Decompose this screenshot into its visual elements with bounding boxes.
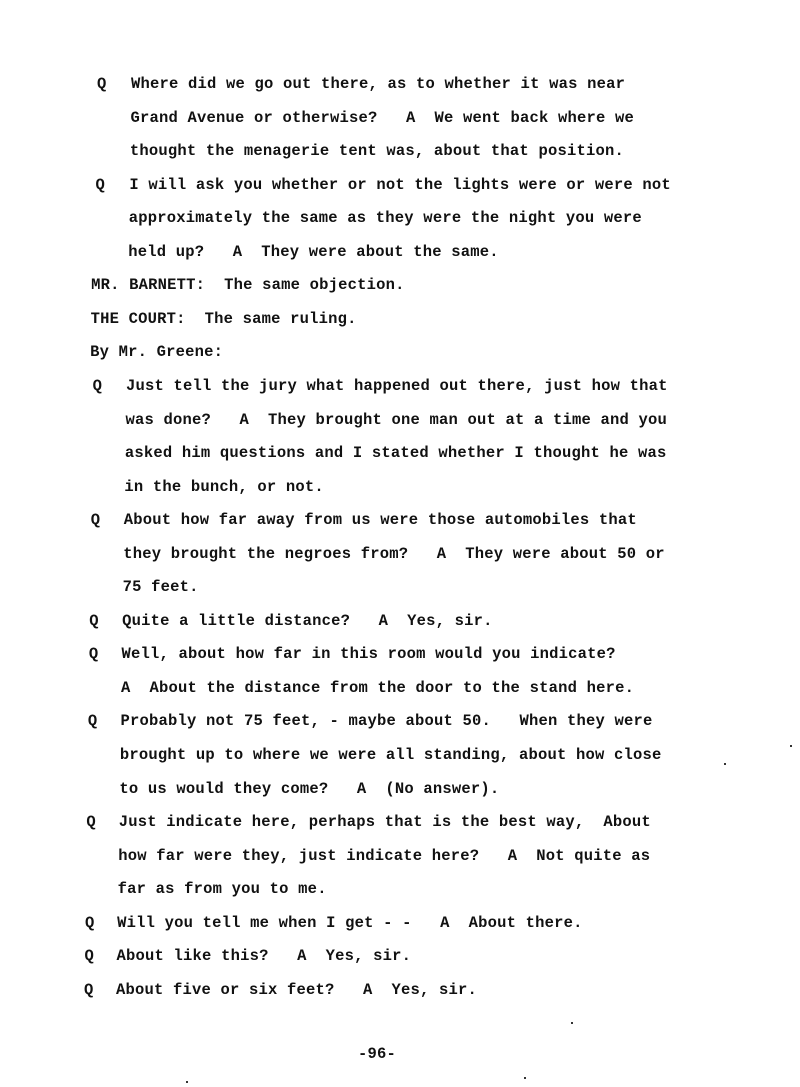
transcript-line: By Mr. Greene: [90, 342, 223, 362]
transcript-line: far as from you to me. [118, 879, 327, 899]
transcript-line: MR. BARNETT: The same objection. [91, 275, 405, 295]
transcript-line: Just tell the jury what happened out the… [126, 376, 668, 396]
transcript-line: Grand Avenue or otherwise? A We went bac… [130, 108, 634, 128]
transcript-line: THE COURT: The same ruling. [91, 309, 357, 329]
question-marker: Q [89, 644, 99, 664]
scan-speck [524, 1077, 526, 1079]
transcript-line: Just indicate here, perhaps that is the … [119, 812, 651, 832]
question-marker: Q [89, 611, 99, 631]
transcript-page: QWhere did we go out there, as to whethe… [0, 0, 800, 1087]
question-marker: Q [86, 812, 96, 832]
transcript-line: Quite a little distance? A Yes, sir. [122, 611, 493, 631]
scan-speck [790, 745, 792, 747]
transcript-line: was done? A They brought one man out at … [125, 410, 667, 430]
transcript-line: held up? A They were about the same. [128, 242, 499, 262]
transcript-line: About like this? A Yes, sir. [117, 946, 412, 966]
transcript-line: in the bunch, or not. [124, 477, 324, 497]
transcript-line: approximately the same as they were the … [129, 208, 642, 228]
transcript-line: 75 feet. [123, 577, 199, 597]
transcript-line: how far were they, just indicate here? A… [118, 846, 650, 866]
transcript-line: About five or six feet? A Yes, sir. [116, 980, 477, 1000]
transcript-line: Where did we go out there, as to whether… [131, 74, 625, 94]
transcript-line: Will you tell me when I get - - A About … [117, 913, 583, 933]
transcript-line: brought up to where we were all standing… [120, 745, 662, 765]
transcript-line: thought the menagerie tent was, about th… [130, 141, 624, 161]
question-marker: Q [96, 175, 106, 195]
question-marker: Q [88, 711, 98, 731]
question-marker: Q [91, 510, 101, 530]
scan-speck [186, 1081, 188, 1083]
transcript-line: A About the distance from the door to th… [121, 678, 634, 698]
question-marker: Q [93, 376, 103, 396]
scan-speck [724, 763, 726, 765]
transcript-line: About how far away from us were those au… [124, 510, 637, 530]
transcript-line: asked him questions and I stated whether… [125, 443, 667, 463]
transcript-line: I will ask you whether or not the lights… [129, 175, 671, 195]
transcript-line: to us would they come? A (No answer). [119, 779, 499, 799]
question-marker: Q [97, 74, 107, 94]
transcript-line: they brought the negroes from? A They we… [123, 544, 665, 564]
transcript-line: Well, about how far in this room would y… [122, 644, 616, 664]
question-marker: Q [85, 913, 95, 933]
question-marker: Q [84, 946, 94, 966]
scan-speck [571, 1022, 573, 1024]
question-marker: Q [84, 980, 94, 1000]
transcript-line: Probably not 75 feet, - maybe about 50. … [120, 711, 652, 731]
page-number: -96- [358, 1044, 396, 1064]
